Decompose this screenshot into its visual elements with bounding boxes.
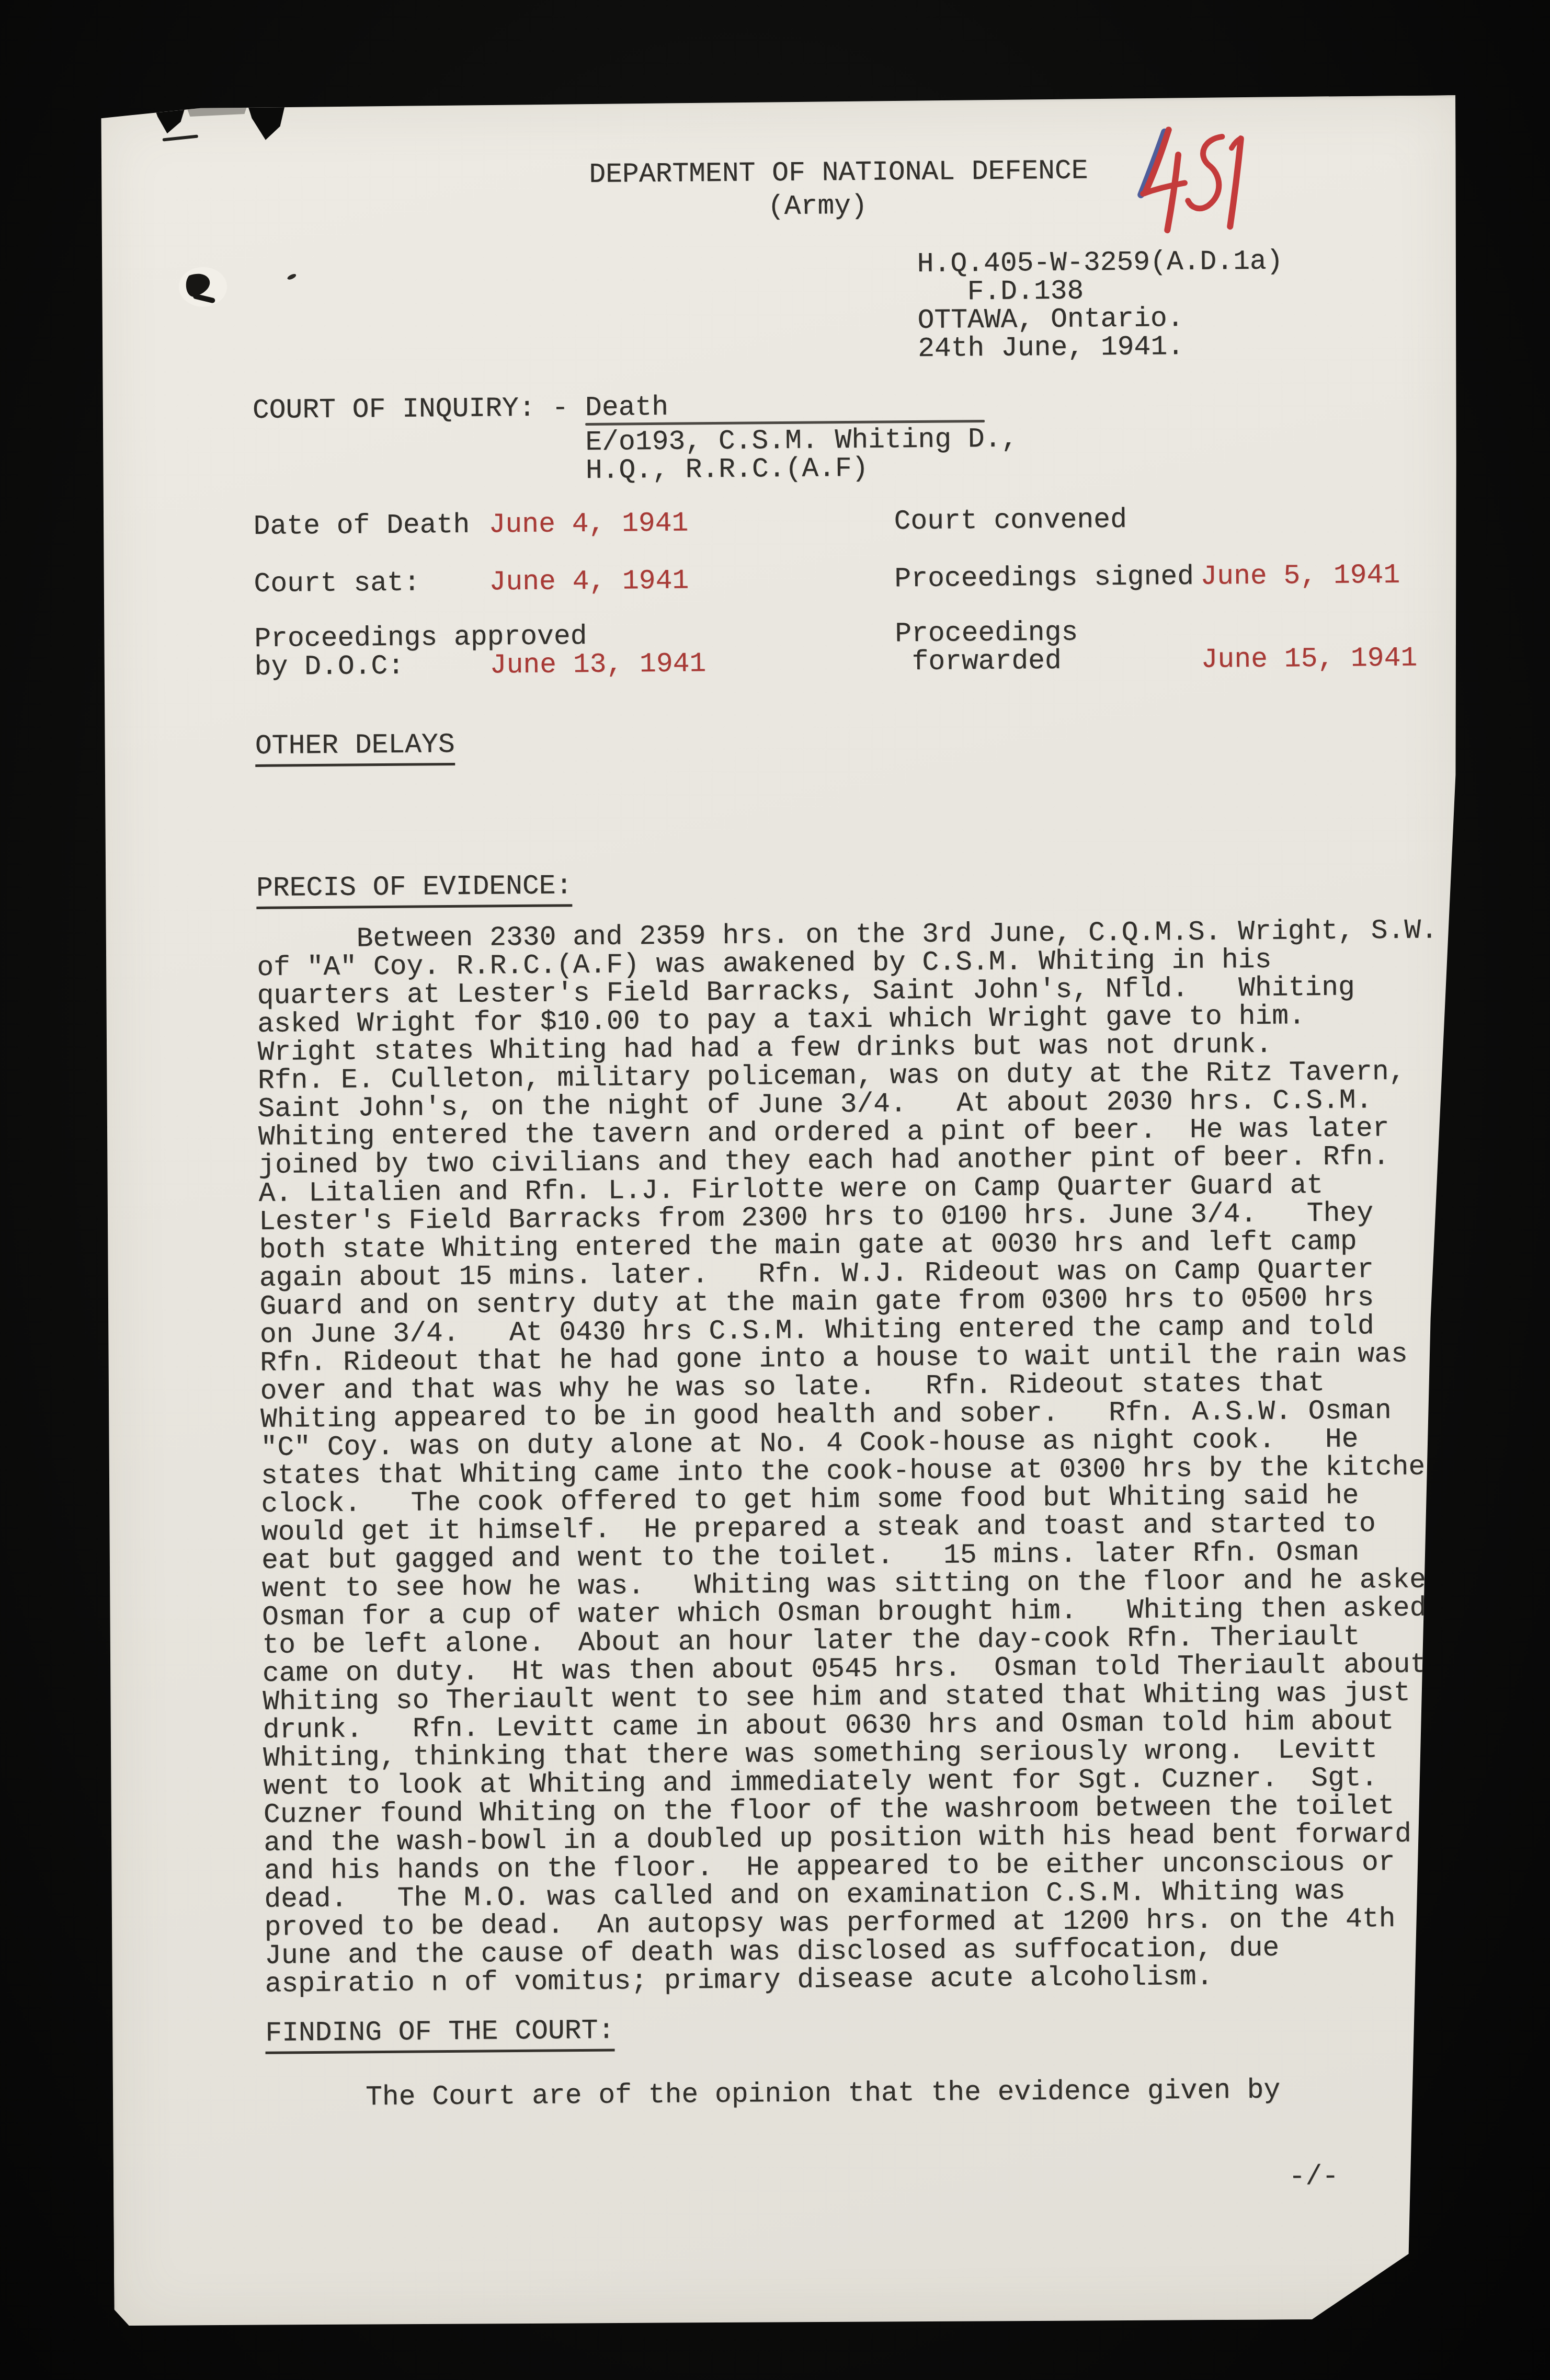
finding-body-text: The Court are of the opinion that the ev… (266, 2076, 1280, 2112)
handwritten-page-number (1134, 124, 1266, 245)
other-delays-heading: OTHER DELAYS (255, 730, 455, 760)
date-of-death-value: June 4, 1941 (488, 509, 688, 539)
department-title: DEPARTMENT OF NATIONAL DEFENCE (589, 156, 1088, 188)
proceedings-forwarded-value: June 15, 1941 (1201, 644, 1417, 673)
finding-heading: FINDING OF THE COURT: (265, 2017, 614, 2047)
file-reference-block: H.Q.405-W-3259(A.D.1a) F.D.138 OTTAWA, O… (917, 247, 1284, 362)
court-sat-label: Court sat: (254, 568, 420, 598)
torn-corner-marks (117, 104, 368, 179)
precis-heading: PRECIS OF EVIDENCE: (256, 872, 573, 902)
proceedings-signed-label: Proceedings signed (894, 563, 1194, 593)
branch-subtitle: (Army) (768, 192, 868, 221)
finding-heading-text: FINDING OF THE COURT: (265, 2015, 614, 2054)
proceedings-approved-value: June 13, 1941 (490, 649, 706, 679)
date-of-death-label: Date of Death (253, 511, 470, 541)
court-convened-label: Court convened (894, 506, 1127, 535)
precis-heading-text: PRECIS OF EVIDENCE: (256, 870, 573, 909)
staple-mark (176, 261, 234, 314)
document-page: DEPARTMENT OF NATIONAL DEFENCE (Army) H.… (96, 95, 1475, 2332)
court-sat-value: June 4, 1941 (489, 566, 689, 596)
paper-fleck (286, 272, 298, 281)
scan-background: DEPARTMENT OF NATIONAL DEFENCE (Army) H.… (0, 0, 1550, 2380)
proceedings-signed-value: June 5, 1941 (1200, 561, 1400, 591)
other-delays-heading-text: OTHER DELAYS (255, 729, 455, 767)
inquiry-case-block: E/o193, C.S.M. Whiting D., H.Q., R.R.C.(… (585, 425, 1018, 484)
precis-body-text: Between 2330 and 2359 hrs. on the 3rd Ju… (257, 916, 1446, 1998)
inquiry-title-line: COURT OF INQUIRY: - Death (253, 393, 669, 425)
continuation-mark: -/- (1289, 2162, 1339, 2191)
proceedings-forwarded-label: Proceedings forwarded (895, 619, 1078, 677)
